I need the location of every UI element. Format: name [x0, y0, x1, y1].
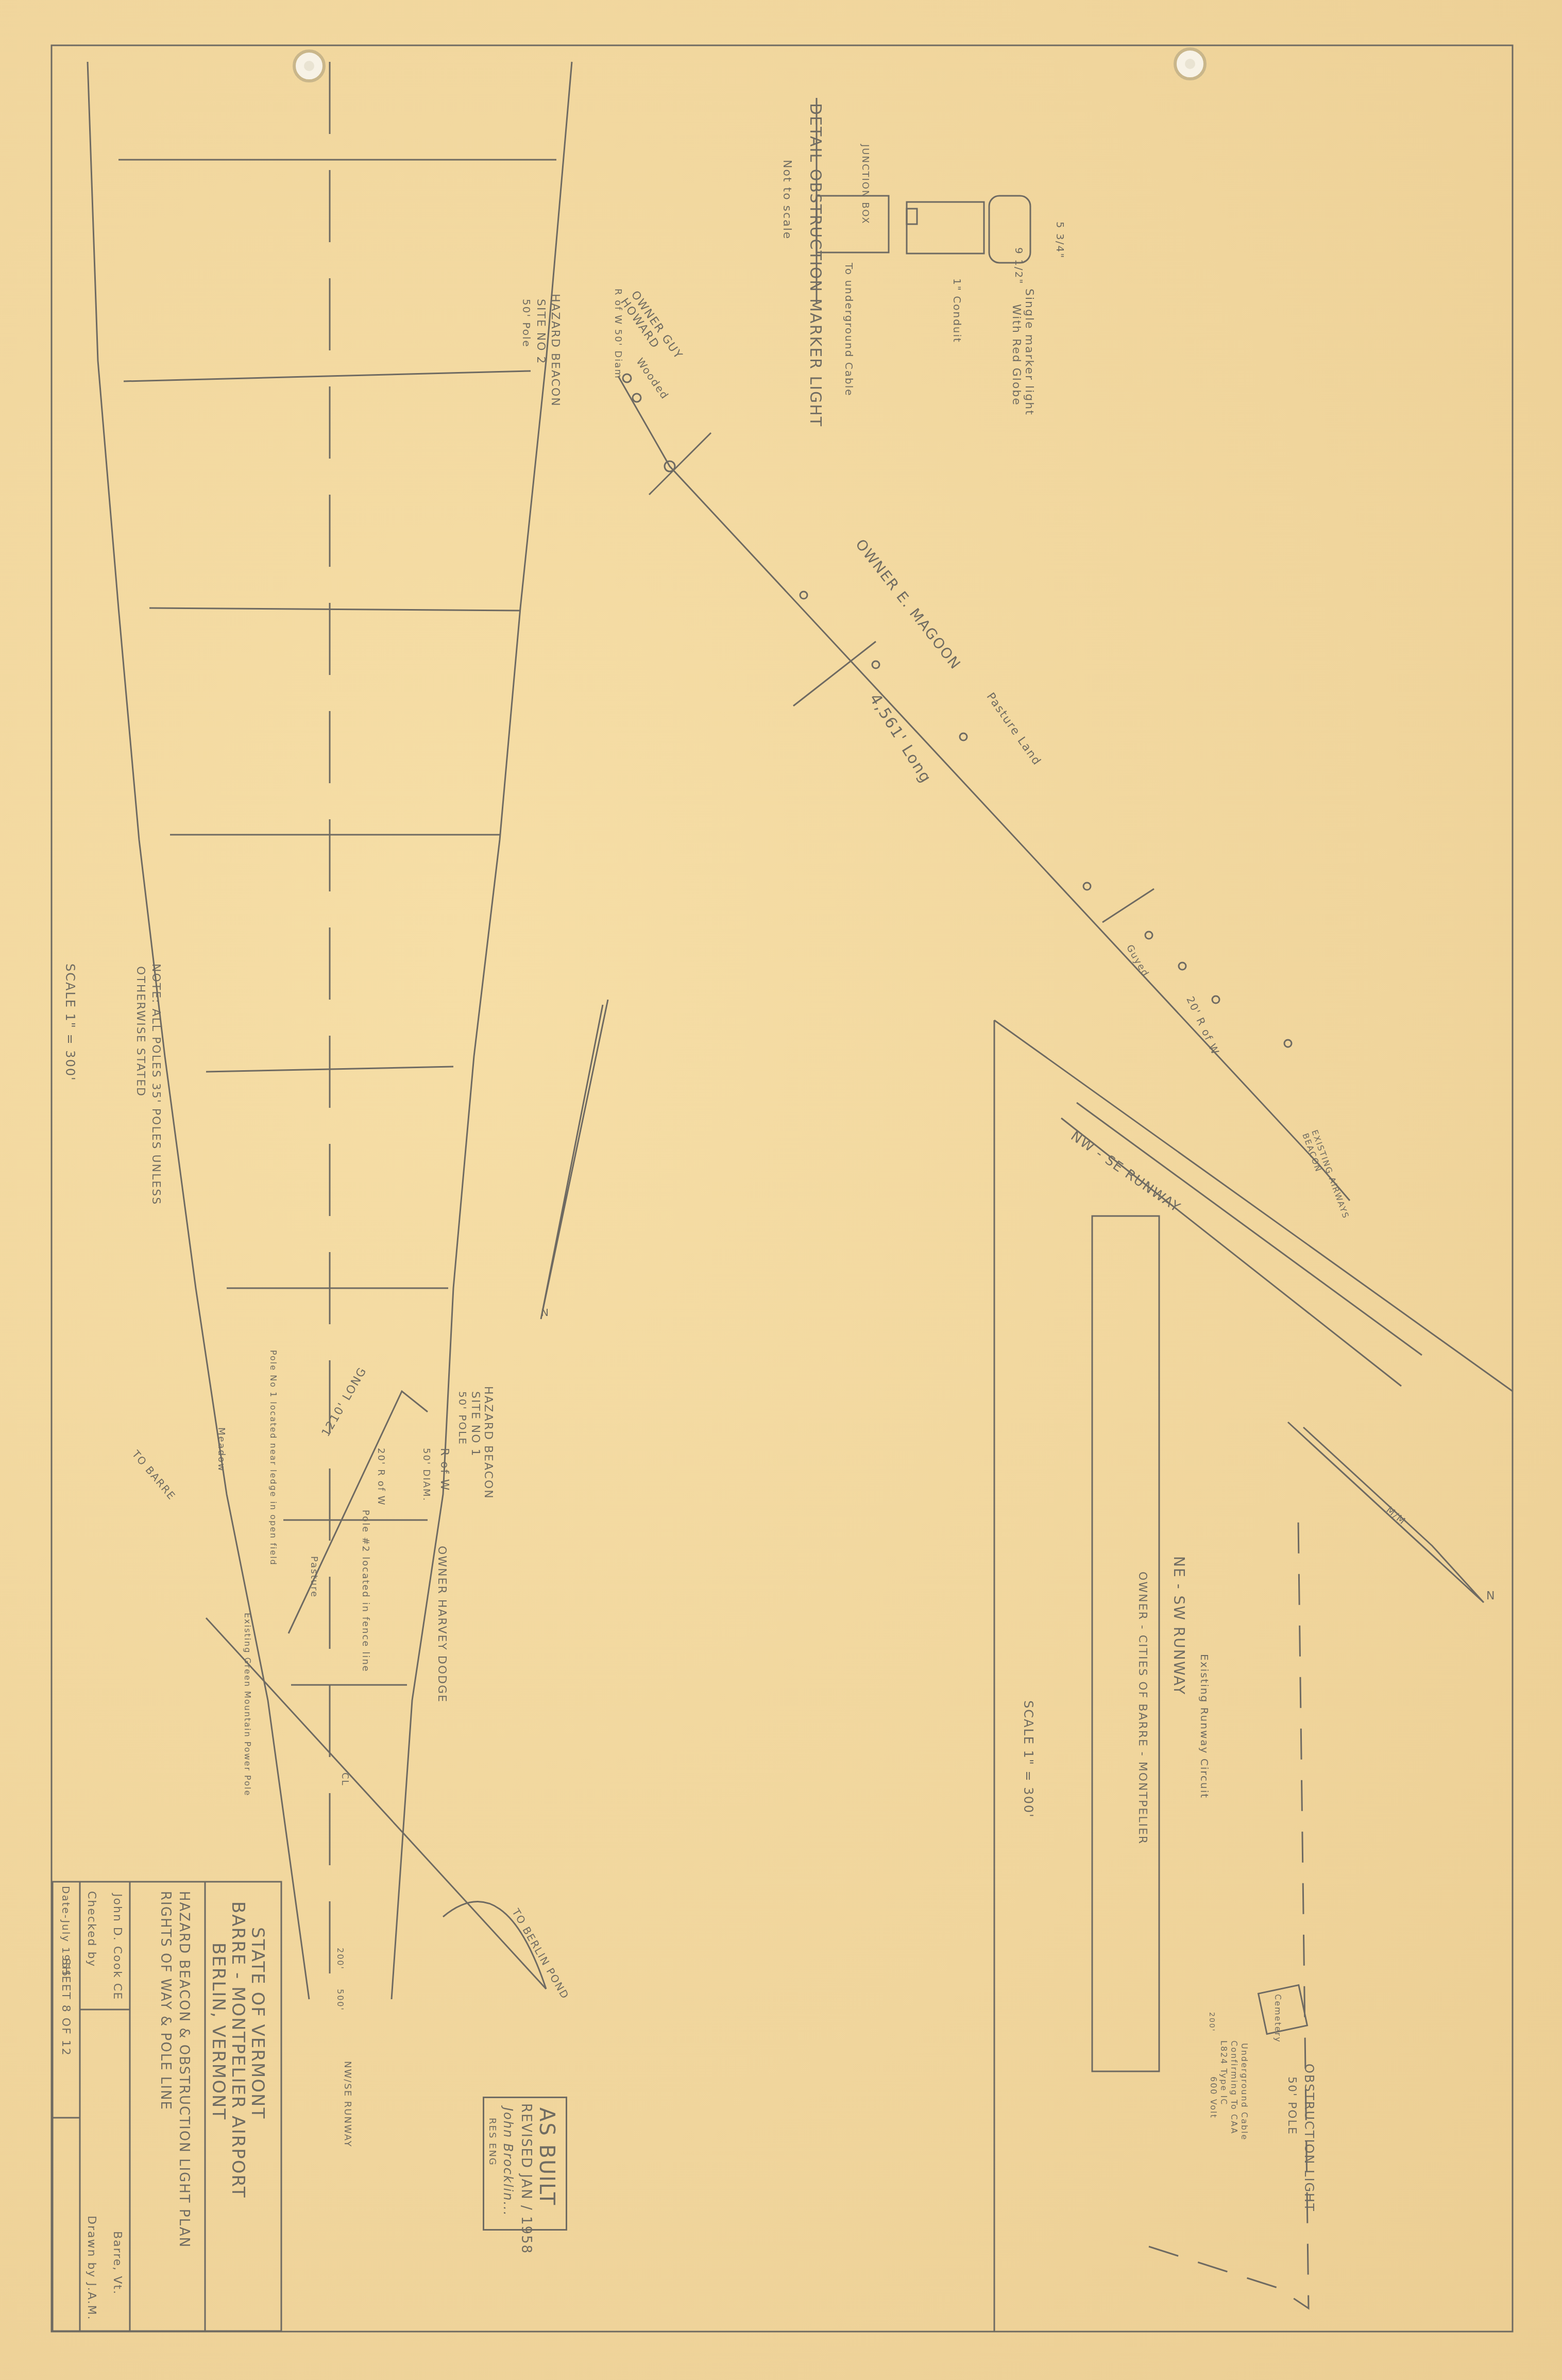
grid-line — [124, 371, 531, 381]
poles — [623, 374, 1292, 1047]
detail-title: DETAIL OBSTRUCTION MARKER LIGHT — [806, 103, 824, 427]
existing-power-pole: Existing Green Mountain Power Pole — [243, 1613, 252, 1796]
right-owner-label: OWNER - CITIES OF BARRE - MONTPELIER — [1136, 1572, 1149, 1845]
approach-left-edge — [88, 62, 309, 1999]
stamp-as-built: AS BUILT — [535, 2107, 558, 2206]
owner-harvey-dodge: OWNER HARVEY DODGE — [435, 1546, 448, 1703]
note-line2: OTHERWISE STATED — [134, 966, 147, 1097]
cable-note-3: L824 Type IC — [1219, 2040, 1229, 2105]
title-engineer-city: Barre, Vt. — [111, 2231, 124, 2295]
beacon-site2-pole: 50' Pole — [520, 299, 533, 348]
right-panel-diagonal — [994, 1020, 1513, 1391]
cable-note-2: Confirming To CAA — [1229, 2040, 1239, 2134]
scale-right: SCALE 1" = 300' — [1021, 1700, 1035, 1818]
title-sheet-number: SHEET 8 OF 12 — [59, 1958, 72, 2056]
right-dim-200: 200' — [1208, 2012, 1216, 2032]
junction-box — [907, 209, 917, 224]
beacon-site2-no: SITE NO 2 — [534, 299, 547, 365]
ne-sw-runway — [1092, 1216, 1159, 2071]
north-arrow-label-left: N — [541, 1306, 550, 1319]
rofw-50-diam: R of W 50' Diam — [613, 289, 623, 379]
stamp-revised: REVISED JAN / 1958 — [518, 2103, 534, 2254]
beacon-site1-rofw: R of W — [438, 1448, 451, 1491]
title-drawn-by: Drawn by J.A.M. — [85, 2216, 98, 2321]
pole2-note: Pole #2 located in fence line — [360, 1510, 371, 1673]
title-checked-by: Checked by — [85, 1891, 98, 1967]
cable-note-1: Underground Cable — [1240, 2043, 1249, 2140]
pole-line-main — [618, 376, 1350, 1201]
dim-200: 200' — [335, 1948, 345, 1970]
north-arrow-left — [541, 1000, 608, 1319]
north-arrow-label: N — [1486, 1590, 1496, 1602]
beacon-site2-title: HAZARD BEACON — [549, 294, 562, 407]
detail-junction-box: JUNCTION BOX — [860, 144, 871, 225]
centerline-symbol: CL — [339, 1773, 350, 1786]
detail-pole-lower — [817, 196, 889, 252]
nw-se-runway-left: NW/SE RUNWAY — [342, 2061, 353, 2148]
detail-conduit: 1" Conduit — [951, 278, 963, 343]
detail-pole-upper — [907, 202, 984, 254]
beacon-site1-pole: 50' POLE — [456, 1391, 469, 1445]
title-state: STATE OF VERMONT — [247, 1927, 268, 2119]
pasture-label: Pasture — [309, 1556, 319, 1598]
grid-line — [149, 608, 520, 611]
cable-note-4: 600 Volt — [1209, 2077, 1218, 2119]
title-engineer: John D. Cook CE — [111, 1894, 124, 2000]
site1-rofw-20: 20' R of W — [376, 1448, 386, 1506]
beacon-site1-title: HAZARD BEACON — [482, 1386, 495, 1499]
beacon-site1-diam: 50' DIAM. — [421, 1448, 432, 1501]
sheet-border — [52, 45, 1513, 2332]
detail-marker-light: Single marker light — [1023, 289, 1035, 416]
beacon-site1-no: SITE NO 1 — [469, 1391, 482, 1457]
title-plan-line1: HAZARD BEACON & OBSTRUCTION LIGHT PLAN — [176, 1891, 192, 2248]
existing-circuit-label: Existing Runway Circuit — [1198, 1654, 1211, 1799]
guy-cross — [1102, 889, 1154, 922]
obstruction-pole-label: 50' POLE — [1285, 2077, 1298, 2135]
dim-500: 500' — [335, 1989, 345, 2011]
obstruction-light-label: OBSTRUCTION LIGHT — [1302, 2064, 1316, 2212]
meadow-label: Meadow — [216, 1427, 227, 1472]
detail-subtitle: Not to scale — [780, 160, 793, 240]
detail-dim-width: 9 1/2" — [1013, 247, 1025, 284]
nw-se-runway-edge — [1077, 1103, 1422, 1355]
cemetery-label: Cemetery — [1273, 1994, 1283, 2043]
stamp-role: RES ENG — [487, 2118, 498, 2166]
detail-red-globe: With Red Globe — [1010, 304, 1023, 406]
detail-dim-height: 5 3/4" — [1054, 222, 1066, 259]
pole1-note: Pole No 1 located near ledge in open fie… — [268, 1350, 278, 1566]
detail-to-cable: To underground Cable — [843, 263, 855, 397]
cemetery-box — [1259, 1985, 1308, 2034]
note-line1: NOTE: ALL POLES 35' POLES UNLESS — [149, 964, 162, 1205]
ne-sw-runway-label: NE - SW RUNWAY — [1170, 1556, 1187, 1695]
title-airport: BARRE - MONTPELIER AIRPORT — [228, 1901, 248, 2198]
title-plan-line2: RIGHTS OF WAY & POLE LINE — [158, 1891, 173, 2111]
guy-cross — [649, 433, 711, 495]
stamp-signature: John Brocklin... — [501, 2107, 515, 2216]
scale-left: SCALE 1" = 300' — [63, 964, 77, 1082]
title-location: BERLIN, VERMONT — [208, 1943, 229, 2120]
